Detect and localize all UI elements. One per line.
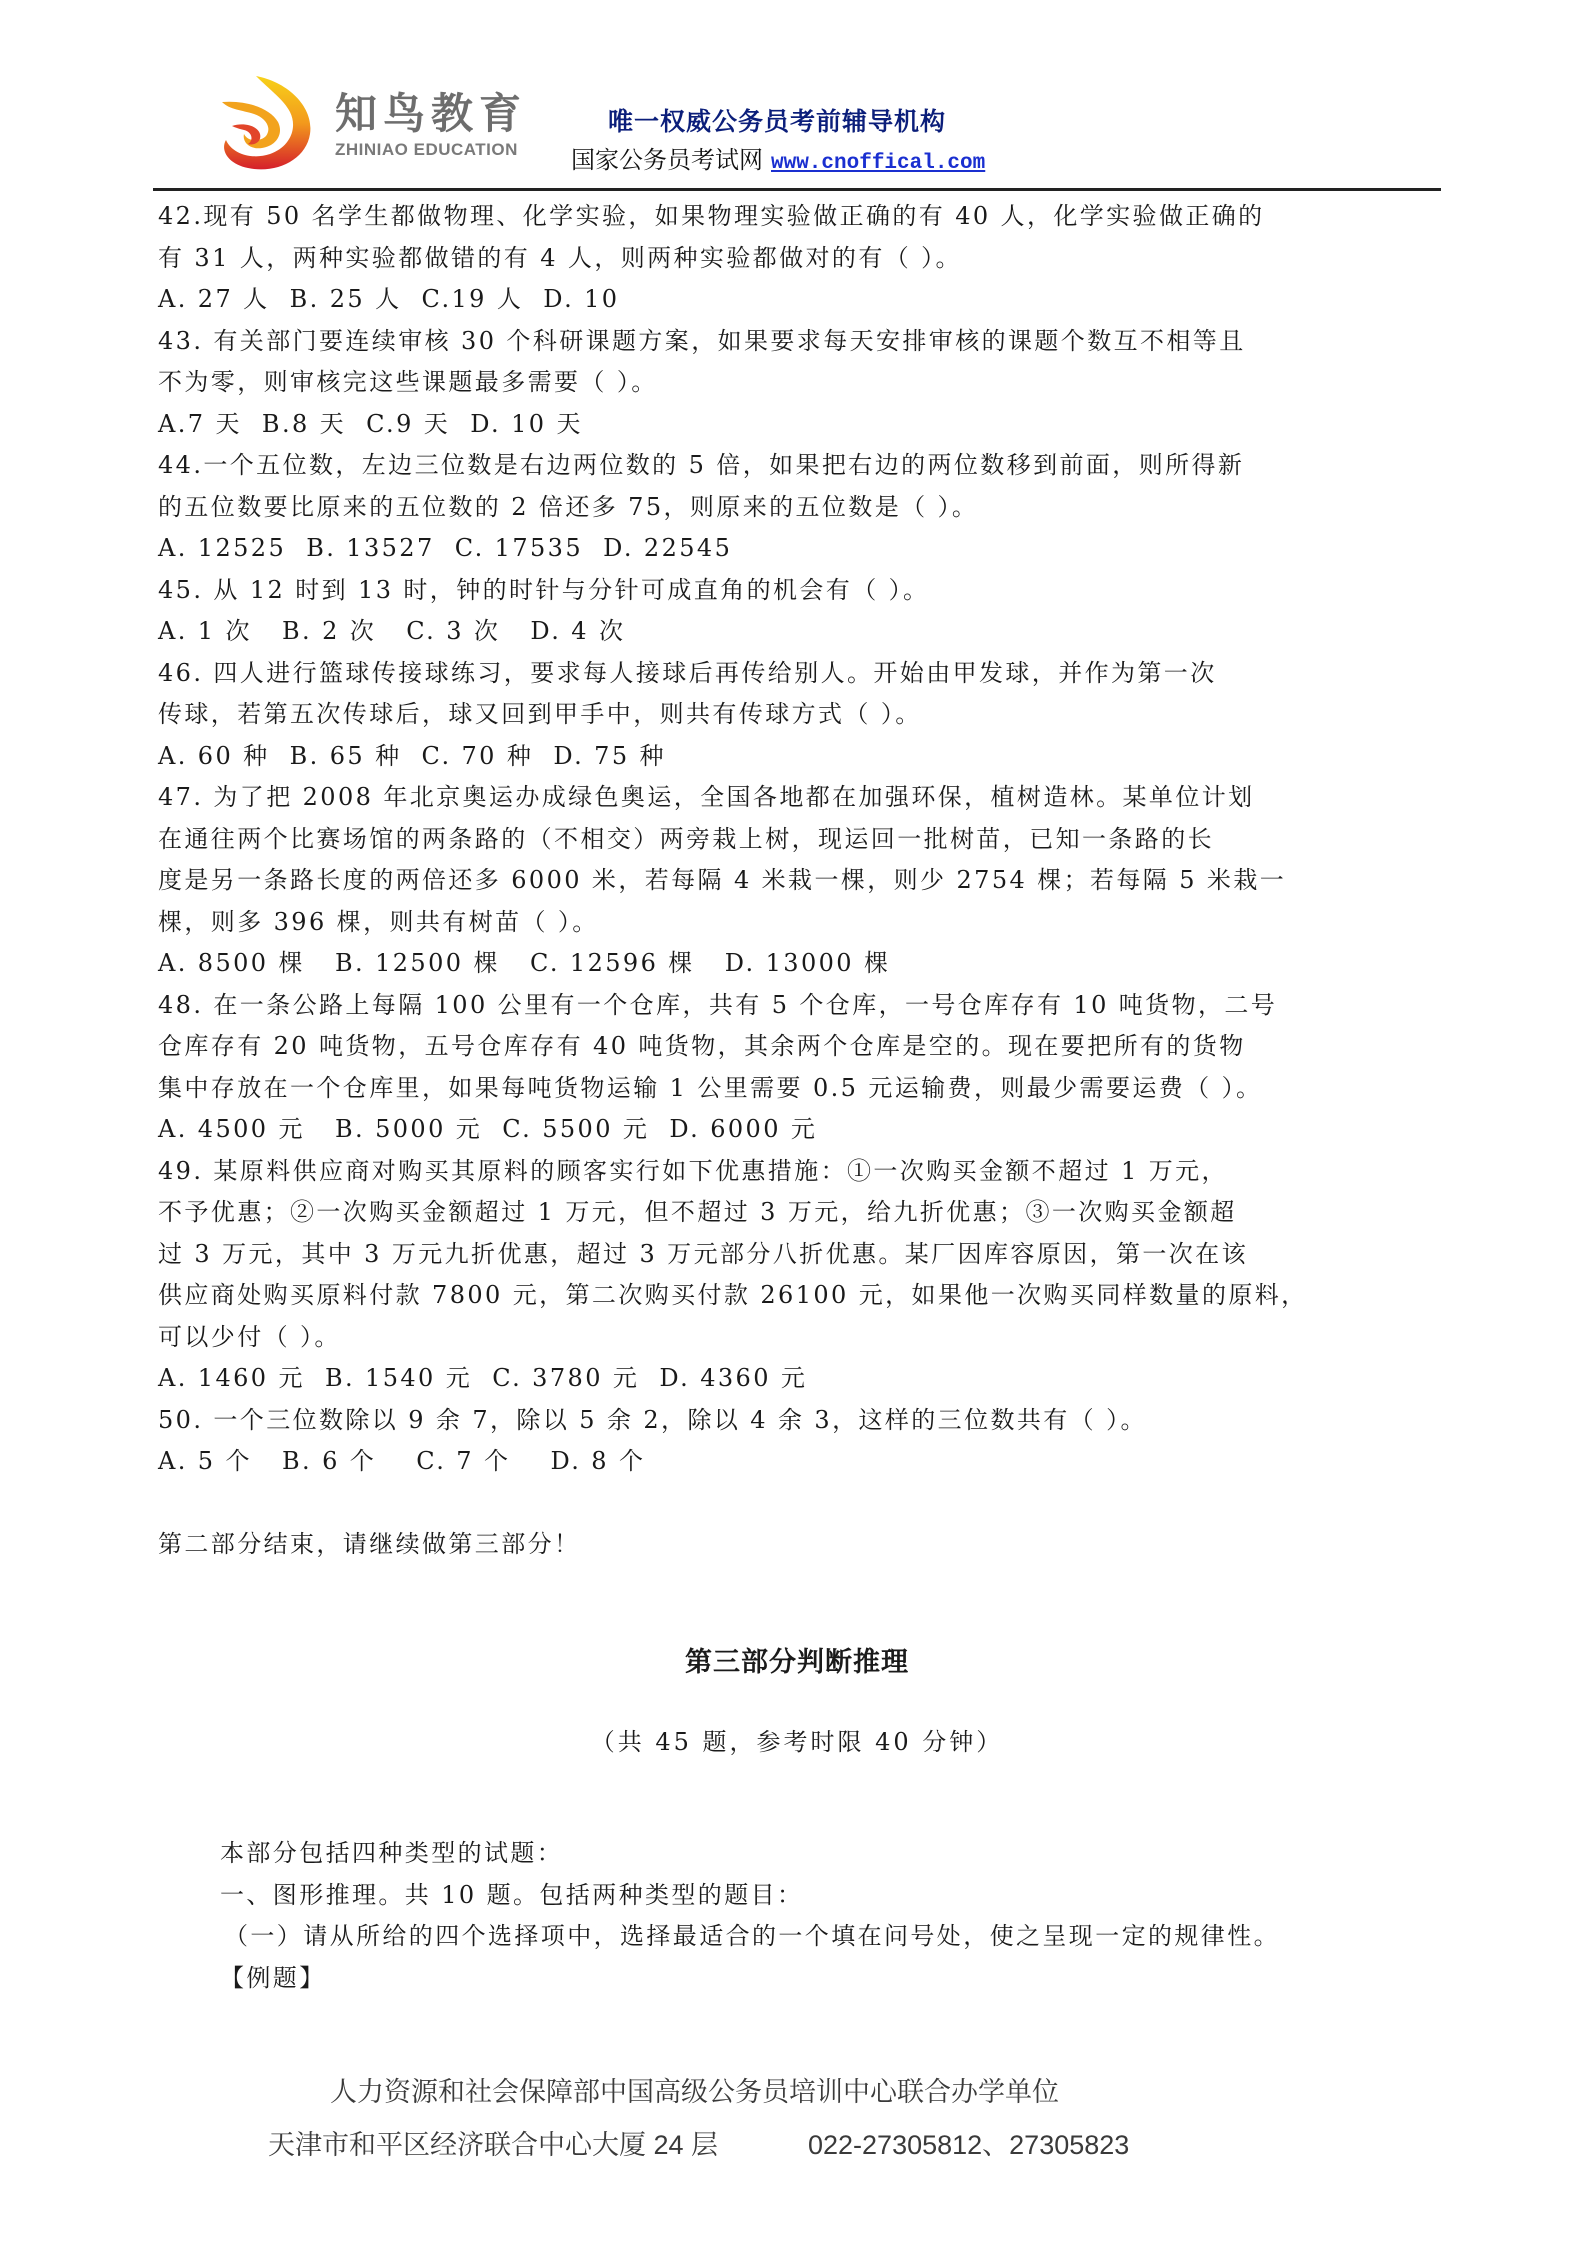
section-subtitle: （共 45 题，参考时限 40 分钟）	[0, 1722, 1594, 1757]
question-text-line: 棵，则多 396 棵，则共有树苗（ ）。	[158, 902, 1442, 944]
footer-phone: 022-27305812、27305823	[808, 2123, 1129, 2162]
page-header: 知鸟教育 ZHINIAO EDUCATION 唯一权威公务员考前辅导机构 国家公…	[153, 60, 1441, 190]
section-intro: 本部分包括四种类型的试题： 一、图形推理。共 10 题。包括两种类型的题目： （…	[158, 1833, 1442, 1999]
question-46: 46. 四人进行篮球传接球练习，要求每人接球后再传给别人。开始由甲发球，并作为第…	[158, 653, 1442, 778]
question-50: 50. 一个三位数除以 9 余 7，除以 5 余 2，除以 4 余 3，这样的三…	[158, 1400, 1442, 1483]
question-text-line: 48. 在一条公路上每隔 100 公里有一个仓库，共有 5 个仓库，一号仓库存有…	[158, 985, 1442, 1027]
example-label: 【例题】	[158, 1958, 1442, 2000]
question-text-line: 的五位数要比原来的五位数的 2 倍还多 75，则原来的五位数是（ ）。	[158, 487, 1442, 529]
zhiniao-logo-icon	[218, 72, 328, 177]
question-text-line: 仓库存有 20 吨货物，五号仓库存有 40 吨货物，其余两个仓库是空的。现在要把…	[158, 1026, 1442, 1068]
question-list: 42.现有 50 名学生都做物理、化学实验，如果物理实验做正确的有 40 人，化…	[158, 196, 1442, 1565]
question-options: A. 12525 B. 13527 C. 17535 D. 22545	[158, 528, 1442, 570]
question-options: A.7 天 B.8 天 C.9 天 D. 10 天	[158, 404, 1442, 446]
brand-name-en: ZHINIAO EDUCATION	[335, 140, 527, 160]
question-49: 49. 某原料供应商对购买其原料的顾客实行如下优惠措施：①一次购买金额不超过 1…	[158, 1151, 1442, 1400]
intro-line: （一）请从所给的四个选择项中，选择最适合的一个填在问号处，使之呈现一定的规律性。	[158, 1916, 1442, 1958]
header-slogan: 唯一权威公务员考前辅导机构	[608, 102, 946, 138]
question-text-line: 42.现有 50 名学生都做物理、化学实验，如果物理实验做正确的有 40 人，化…	[158, 196, 1442, 238]
intro-line: 一、图形推理。共 10 题。包括两种类型的题目：	[158, 1875, 1442, 1917]
question-text-line: 50. 一个三位数除以 9 余 7，除以 5 余 2，除以 4 余 3，这样的三…	[158, 1400, 1442, 1442]
question-options: A. 60 种 B. 65 种 C. 70 种 D. 75 种	[158, 736, 1442, 778]
intro-line: 本部分包括四种类型的试题：	[158, 1833, 1442, 1875]
question-text-line: 45. 从 12 时到 13 时，钟的时针与分针可成直角的机会有（ ）。	[158, 570, 1442, 612]
question-48: 48. 在一条公路上每隔 100 公里有一个仓库，共有 5 个仓库，一号仓库存有…	[158, 985, 1442, 1151]
question-text-line: 49. 某原料供应商对购买其原料的顾客实行如下优惠措施：①一次购买金额不超过 1…	[158, 1151, 1442, 1193]
question-42: 42.现有 50 名学生都做物理、化学实验，如果物理实验做正确的有 40 人，化…	[158, 196, 1442, 321]
question-text-line: 不予优惠；②一次购买金额超过 1 万元，但不超过 3 万元，给九折优惠；③一次购…	[158, 1192, 1442, 1234]
question-options: A. 1460 元 B. 1540 元 C. 3780 元 D. 4360 元	[158, 1358, 1442, 1400]
question-text-line: 在通往两个比赛场馆的两条路的（不相交）两旁栽上树，现运回一批树苗，已知一条路的长	[158, 819, 1442, 861]
header-divider	[153, 188, 1441, 191]
brand-name-cn: 知鸟教育	[335, 90, 527, 138]
question-text-line: 集中存放在一个仓库里，如果每吨货物运输 1 公里需要 0.5 元运输费，则最少需…	[158, 1068, 1442, 1110]
question-text-line: 44.一个五位数，左边三位数是右边两位数的 5 倍，如果把右边的两位数移到前面，…	[158, 445, 1442, 487]
site-name: 国家公务员考试网	[571, 146, 763, 174]
site-url-link[interactable]: www.cnoffical.com	[771, 152, 985, 175]
question-text-line: 度是另一条路长度的两倍还多 6000 米，若每隔 4 米栽一棵，则少 2754 …	[158, 860, 1442, 902]
question-text-line: 可以少付（ ）。	[158, 1317, 1442, 1359]
question-options: A. 1 次 B. 2 次 C. 3 次 D. 4 次	[158, 611, 1442, 653]
question-44: 44.一个五位数，左边三位数是右边两位数的 5 倍，如果把右边的两位数移到前面，…	[158, 445, 1442, 570]
question-text-line: 47. 为了把 2008 年北京奥运办成绿色奥运，全国各地都在加强环保，植树造林…	[158, 777, 1442, 819]
question-options: A. 5 个 B. 6 个 C. 7 个 D. 8 个	[158, 1441, 1442, 1483]
question-45: 45. 从 12 时到 13 时，钟的时针与分针可成直角的机会有（ ）。 A. …	[158, 570, 1442, 653]
question-47: 47. 为了把 2008 年北京奥运办成绿色奥运，全国各地都在加强环保，植树造林…	[158, 777, 1442, 985]
question-text-line: 过 3 万元，其中 3 万元九折优惠，超过 3 万元部分八折优惠。某厂因库容原因…	[158, 1234, 1442, 1276]
question-text-line: 不为零，则审核完这些课题最多需要（ ）。	[158, 362, 1442, 404]
section-end-note: 第二部分结束，请继续做第三部分！	[158, 1524, 1442, 1566]
header-site: 国家公务员考试网www.cnoffical.com	[571, 140, 985, 175]
question-text-line: 供应商处购买原料付款 7800 元，第二次购买付款 26100 元，如果他一次购…	[158, 1275, 1442, 1317]
question-text-line: 43. 有关部门要连续审核 30 个科研课题方案，如果要求每天安排审核的课题个数…	[158, 321, 1442, 363]
question-text-line: 有 31 人，两种实验都做错的有 4 人，则两种实验都做对的有（ ）。	[158, 238, 1442, 280]
footer-affiliation: 人力资源和社会保障部中国高级公务员培训中心联合办学单位	[330, 2070, 1059, 2109]
question-options: A. 4500 元 B. 5000 元 C. 5500 元 D. 6000 元	[158, 1109, 1442, 1151]
document-page: 知鸟教育 ZHINIAO EDUCATION 唯一权威公务员考前辅导机构 国家公…	[0, 0, 1594, 2250]
question-43: 43. 有关部门要连续审核 30 个科研课题方案，如果要求每天安排审核的课题个数…	[158, 321, 1442, 446]
section-title: 第三部分判断推理	[0, 1640, 1594, 1679]
brand: 知鸟教育 ZHINIAO EDUCATION	[335, 90, 527, 160]
question-text-line: 传球，若第五次传球后，球又回到甲手中，则共有传球方式（ ）。	[158, 694, 1442, 736]
footer-address: 天津市和平区经济联合中心大厦 24 层	[268, 2123, 718, 2162]
question-text-line: 46. 四人进行篮球传接球练习，要求每人接球后再传给别人。开始由甲发球，并作为第…	[158, 653, 1442, 695]
question-options: A. 27 人 B. 25 人 C.19 人 D. 10	[158, 279, 1442, 321]
question-options: A. 8500 棵 B. 12500 棵 C. 12596 棵 D. 13000…	[158, 943, 1442, 985]
